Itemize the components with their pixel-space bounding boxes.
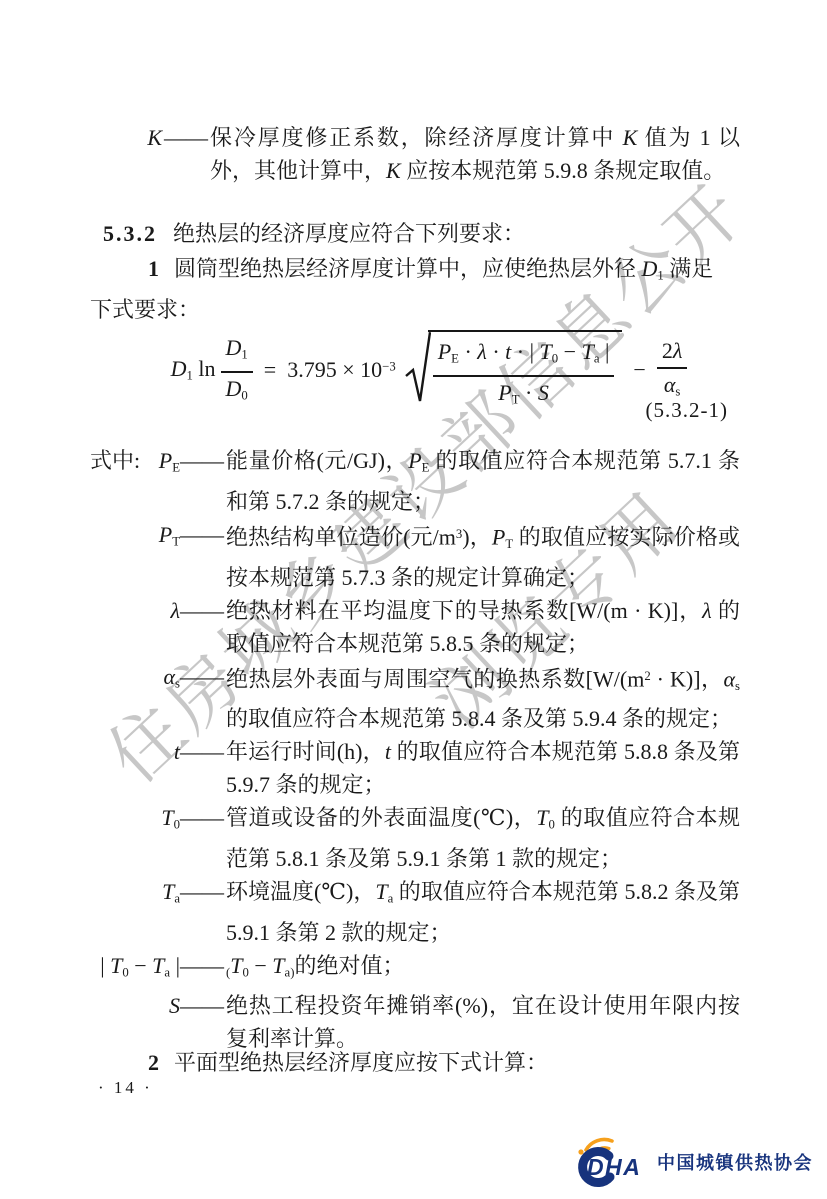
- association-logo: DHA 中国城镇供热协会: [572, 1135, 813, 1189]
- definition-dash: ——: [180, 735, 226, 801]
- definition-text: 年运行时间(h)，t 的取值应符合本规范第 5.8.8 条及第 5.9.7 条的…: [226, 735, 740, 801]
- fraction-numerator: PE · λ · t · | T0 − Ta |: [433, 338, 615, 377]
- item-number: 2: [148, 1050, 160, 1075]
- definition-term: αs: [163, 660, 180, 701]
- definition-dash: ——: [180, 875, 226, 949]
- definition-dash: ——: [180, 801, 226, 875]
- equals-sign: =: [262, 359, 278, 381]
- coefficient: 3.795 × 10−3: [287, 359, 396, 381]
- svg-text:DHA: DHA: [587, 1154, 641, 1180]
- clause-text: 绝热层的经济厚度应符合下列要求：: [173, 221, 525, 246]
- definition-row-alpha-s: αs —— 绝热层外表面与周围空气的换热系数[W/(m2 · K)]，αs 的取…: [90, 660, 740, 736]
- definition-row-pt: PT —— 绝热结构单位造价(元/m3)，PT 的取值应按实际价格或按本规范第 …: [90, 518, 740, 594]
- definition-dash: ——: [162, 121, 210, 187]
- square-root: PE · λ · t · | T0 − Ta | PT · S: [405, 330, 623, 410]
- item-1-paragraph: 1圆筒型绝热层经济厚度计算中，应使绝热层外径 D1 满足 下式要求：: [90, 252, 740, 326]
- definition-term: PT: [159, 518, 180, 559]
- definition-dash: ——: [180, 518, 226, 594]
- equation-number: (5.3.2-1): [646, 394, 728, 427]
- definition-text: 绝热层外表面与周围空气的换热系数[W/(m2 · K)]，αs 的取值应符合本规…: [226, 660, 740, 736]
- item-number: 1: [148, 256, 160, 281]
- item-text-continued: 下式要求：: [90, 297, 200, 322]
- definition-term: λ: [170, 594, 180, 627]
- definition-text: 保冷厚度修正系数，除经济厚度计算中 K 值为 1 以外，其他计算中，K 应按本规…: [210, 121, 740, 187]
- definition-dash: ——: [180, 444, 226, 518]
- definition-term: T0: [161, 801, 180, 842]
- definition-text: 绝热结构单位造价(元/m3)，PT 的取值应按实际价格或按本规范第 5.7.3 …: [226, 518, 740, 594]
- definition-term: S: [169, 989, 180, 1022]
- definition-row-ta: Ta —— 环境温度(℃)，Ta 的取值应符合本规范第 5.8.2 条及第 5.…: [90, 875, 740, 949]
- document-page: 住房城乡建设部信息公开 浏览专用 K —— 保冷厚度修正系数，除经济厚度计算中 …: [0, 0, 827, 1199]
- fraction-numerator: 2λ: [657, 337, 688, 369]
- definition-text: (T0 − Ta)的绝对值；: [226, 949, 740, 990]
- radicand: PE · λ · t · | T0 − Ta | PT · S: [428, 330, 623, 410]
- item-2-paragraph: 2平面型绝热层经济厚度应按下式计算：: [90, 1046, 740, 1079]
- definition-dash: ——: [180, 594, 226, 660]
- definition-dash: ——: [180, 949, 226, 990]
- equation-lhs: D1 ln D1 D0: [171, 334, 253, 406]
- fraction-denominator: D0: [221, 373, 253, 407]
- clause-number: 5.3.2: [103, 221, 157, 246]
- rhs-fraction: 2λ αs: [657, 337, 688, 403]
- radicand-fraction: PE · λ · t · | T0 − Ta | PT · S: [433, 338, 615, 410]
- definition-dash: ——: [180, 660, 226, 736]
- definition-row-t0: T0 —— 管道或设备的外表面温度(℃)，T0 的取值应符合本规范第 5.8.1…: [90, 801, 740, 875]
- minus-sign: −: [631, 359, 647, 381]
- association-name: 中国城镇供热协会: [657, 1149, 813, 1175]
- definition-row-k: K —— 保冷厚度修正系数，除经济厚度计算中 K 值为 1 以外，其他计算中，K…: [90, 121, 740, 187]
- definition-row-abs-t0-ta: | T0 − Ta | —— (T0 − Ta)的绝对值；: [90, 949, 740, 990]
- definition-term: PE: [159, 444, 180, 485]
- where-label: 式中:: [90, 444, 140, 477]
- fraction-numerator: D1: [221, 334, 253, 373]
- definition-text: 绝热材料在平均温度下的导热系数[W/(m · K)]，λ 的取值应符合本规范第 …: [226, 594, 740, 660]
- definition-text: 环境温度(℃)，Ta 的取值应符合本规范第 5.8.2 条及第 5.9.1 条第…: [226, 875, 740, 949]
- lhs-symbol: D1 ln: [171, 358, 216, 382]
- definition-term: Ta: [162, 875, 180, 916]
- definition-term: | T0 − Ta |: [100, 949, 180, 990]
- clause-5-3-2: 5.3.2绝热层的经济厚度应符合下列要求：: [103, 217, 740, 250]
- dha-logo-mark: DHA: [572, 1135, 648, 1189]
- lhs-fraction: D1 D0: [221, 334, 253, 406]
- symbol-definition-list: 式中: PE —— 能量价格(元/GJ)，PE 的取值应符合本规范第 5.7.1…: [90, 444, 740, 1055]
- definition-text: 管道或设备的外表面温度(℃)，T0 的取值应符合本规范第 5.8.1 条及第 5…: [226, 801, 740, 875]
- definition-row-pe: 式中: PE —— 能量价格(元/GJ)，PE 的取值应符合本规范第 5.7.1…: [90, 444, 740, 518]
- definition-row-t: t —— 年运行时间(h)，t 的取值应符合本规范第 5.8.8 条及第 5.9…: [90, 735, 740, 801]
- fraction-denominator: PT · S: [433, 377, 615, 411]
- definition-row-lambda: λ —— 绝热材料在平均温度下的导热系数[W/(m · K)]，λ 的取值应符合…: [90, 594, 740, 660]
- definition-text: 能量价格(元/GJ)，PE 的取值应符合本规范第 5.7.1 条和第 5.7.2…: [226, 444, 740, 518]
- definition-term: K: [90, 121, 162, 187]
- item-text: 圆筒型绝热层经济厚度计算中，应使绝热层外径 D1 满足: [174, 256, 713, 281]
- page-number: · 14 ·: [98, 1078, 153, 1098]
- item-text: 平面型绝热层经济厚度应按下式计算：: [174, 1050, 548, 1075]
- equation-5-3-2-1: D1 ln D1 D0 = 3.795 × 10−3 PE · λ · t · …: [90, 330, 740, 410]
